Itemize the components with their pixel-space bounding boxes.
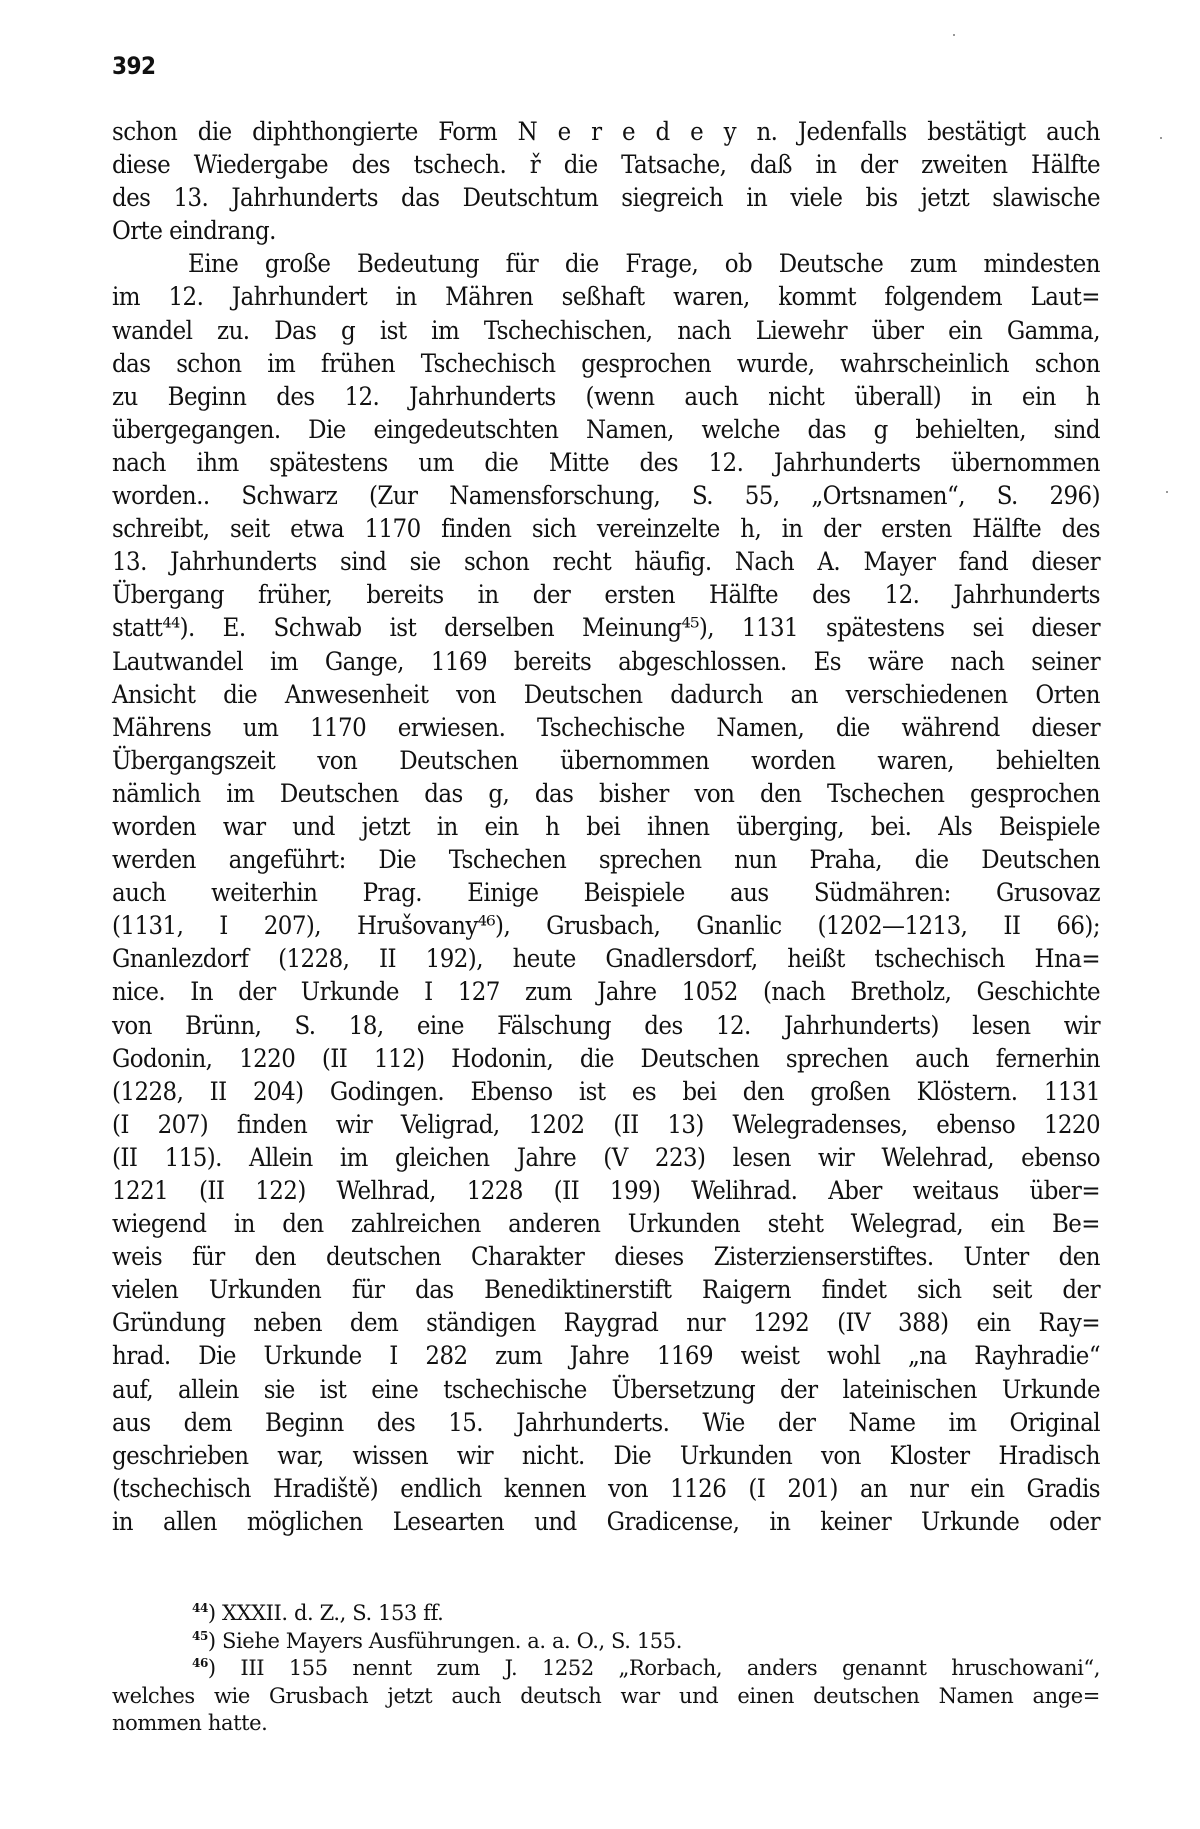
text-line: (1131, I 207), Hrušovany⁴⁶), Grusbach, G… (112, 910, 1100, 943)
text-line: 13. Jahrhunderts sind sie schon recht hä… (112, 546, 1100, 579)
text-line: weis für den deutschen Charakter dieses … (112, 1241, 1100, 1274)
text-line: Lautwandel im Gange, 1169 bereits abgesc… (112, 646, 1100, 679)
footnote-text: welches wie Grusbach jetzt auch deutsch … (112, 1684, 1100, 1708)
footnote-line: nommen hatte. (112, 1710, 1100, 1738)
text-line: von Brünn, S. 18, eine Fälschung des 12.… (112, 1010, 1100, 1043)
text-line: (I 207) finden wir Veligrad, 1202 (II 13… (112, 1109, 1100, 1142)
body-text: schon die diphthongierte Form N e r e d … (112, 116, 1100, 1539)
text-line: Übergangszeit von Deutschen übernommen w… (112, 745, 1100, 778)
footnote-line: 46) III 155 nennt zum J. 1252 „Rorbach, … (112, 1655, 1100, 1683)
footnote-text: III 155 nennt zum J. 1252 „Rorbach, ande… (240, 1656, 1100, 1680)
text-line: nämlich im Deutschen das g, das bisher v… (112, 778, 1100, 811)
text-line: aus dem Beginn des 15. Jahrhunderts. Wie… (112, 1407, 1100, 1440)
footnote-line: 44) XXXII. d. Z., S. 153 ff. (112, 1600, 1100, 1628)
text-line: werden angeführt: Die Tschechen sprechen… (112, 844, 1100, 877)
text-line: des 13. Jahrhunderts das Deutschtum sieg… (112, 182, 1100, 215)
footnote-text: Siehe Mayers Ausführungen. a. a. O., S. … (222, 1629, 682, 1653)
text-line: das schon im frühen Tschechisch gesproch… (112, 348, 1100, 381)
text-line: übergegangen. Die eingedeutschten Namen,… (112, 414, 1100, 447)
text-line: auf, allein sie ist eine tschechische Üb… (112, 1374, 1100, 1407)
text-line: 1221 (II 122) Welhrad, 1228 (II 199) Wel… (112, 1175, 1100, 1208)
text-line: diese Wiedergabe des tschech. ř die Tats… (112, 149, 1100, 182)
text-line: wiegend in den zahlreichen anderen Urkun… (112, 1208, 1100, 1241)
document-page: 392 schon die diphthongierte Form N e r … (0, 0, 1200, 1829)
text-line: geschrieben war, wissen wir nicht. Die U… (112, 1440, 1100, 1473)
text-line: Orte eindrang. (112, 215, 1100, 248)
text-line: auch weiterhin Prag. Einige Beispiele au… (112, 877, 1100, 910)
scan-speck (953, 34, 955, 36)
text-line: Ansicht die Anwesenheit von Deutschen da… (112, 679, 1100, 712)
text-line: Übergang früher, bereits in der ersten H… (112, 579, 1100, 612)
scan-speck (1160, 137, 1162, 139)
text-line: Gründung neben dem ständigen Raygrad nur… (112, 1307, 1100, 1340)
text-line: wandel zu. Das g ist im Tschechischen, n… (112, 315, 1100, 348)
text-line: nice. In der Urkunde I 127 zum Jahre 105… (112, 976, 1100, 1009)
text-line: zu Beginn des 12. Jahrhunderts (wenn auc… (112, 381, 1100, 414)
text-line: worden war und jetzt in ein h bei ihnen … (112, 811, 1100, 844)
text-line: statt⁴⁴). E. Schwab ist derselben Meinun… (112, 612, 1100, 645)
footnotes: 44) XXXII. d. Z., S. 153 ff.45) Siehe Ma… (112, 1600, 1100, 1738)
text-line: vielen Urkunden für das Benediktinerstif… (112, 1274, 1100, 1307)
text-line: Mährens um 1170 erwiesen. Tschechische N… (112, 712, 1100, 745)
text-line: schon die diphthongierte Form N e r e d … (112, 116, 1100, 149)
text-line: hrad. Die Urkunde I 282 zum Jahre 1169 w… (112, 1340, 1100, 1373)
footnote-mark: 45 (192, 1629, 208, 1643)
text-line: (tschechisch Hradiště) endlich kennen vo… (112, 1473, 1100, 1506)
footnote-line: 45) Siehe Mayers Ausführungen. a. a. O.,… (112, 1628, 1100, 1656)
text-line: (II 115). Allein im gleichen Jahre (V 22… (112, 1142, 1100, 1175)
text-line: worden.. Schwarz (Zur Namensforschung, S… (112, 480, 1100, 513)
page-number: 392 (112, 52, 156, 80)
footnote-mark: 44 (192, 1601, 208, 1615)
text-line: nach ihm spätestens um die Mitte des 12.… (112, 447, 1100, 480)
footnote-text: nommen hatte. (112, 1711, 267, 1735)
text-line: im 12. Jahrhundert in Mähren seßhaft war… (112, 281, 1100, 314)
text-line: schreibt, seit etwa 1170 finden sich ver… (112, 513, 1100, 546)
scan-speck (1166, 491, 1168, 493)
text-line: Gnanlezdorf (1228, II 192), heute Gnadle… (112, 943, 1100, 976)
text-line: Eine große Bedeutung für die Frage, ob D… (112, 248, 1100, 281)
text-line: (1228, II 204) Godingen. Ebenso ist es b… (112, 1076, 1100, 1109)
footnote-line: welches wie Grusbach jetzt auch deutsch … (112, 1683, 1100, 1711)
text-line: Godonin, 1220 (II 112) Hodonin, die Deut… (112, 1043, 1100, 1076)
text-line: in allen möglichen Lesearten und Gradice… (112, 1506, 1100, 1539)
footnote-text: XXXII. d. Z., S. 153 ff. (222, 1601, 443, 1625)
footnote-mark: 46 (192, 1656, 208, 1670)
